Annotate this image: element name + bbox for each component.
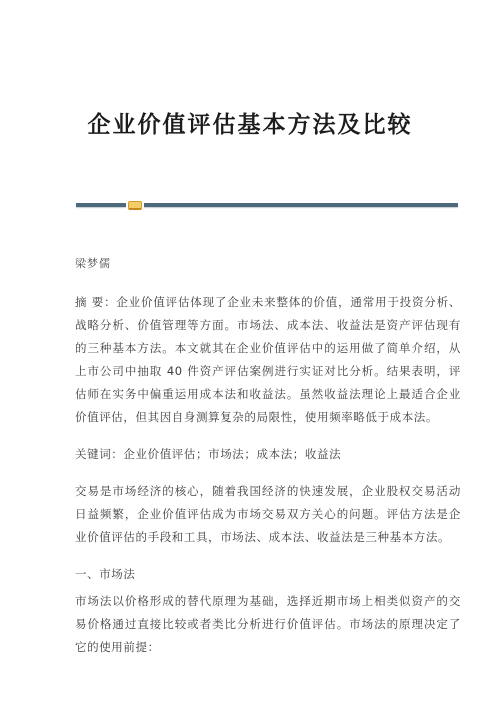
intro-paragraph: 交易是市场经济的核心，随着我国经济的快速发展，企业股权交易活动日益频繁，企业价值…	[75, 480, 461, 549]
divider-right-segment	[144, 203, 458, 207]
document-page: 企业价值评估基本方法及比较 梁梦儒 摘 要：企业价值评估体现了企业未来整体的价值…	[0, 0, 500, 708]
divider-ornament-icon	[128, 201, 142, 210]
title-divider	[76, 199, 458, 211]
divider-left-segment	[76, 203, 126, 207]
keywords-line: 关键词：企业价值评估；市场法；成本法；收益法	[75, 443, 461, 466]
market-method-paragraph: 市场法以价格形成的替代原理为基础，选择近期市场上相类似资产的交易价格通过直接比较…	[75, 590, 461, 659]
abstract-paragraph: 摘 要：企业价值评估体现了企业未来整体的价值，通常用于投资分析、战略分析、价值管…	[75, 291, 461, 429]
author-name: 梁梦儒	[75, 256, 461, 272]
document-title: 企业价值评估基本方法及比较	[0, 106, 500, 139]
document-body: 梁梦儒 摘 要：企业价值评估体现了企业未来整体的价值，通常用于投资分析、战略分析…	[75, 256, 461, 673]
section-heading-market-method: 一、市场法	[75, 563, 461, 586]
